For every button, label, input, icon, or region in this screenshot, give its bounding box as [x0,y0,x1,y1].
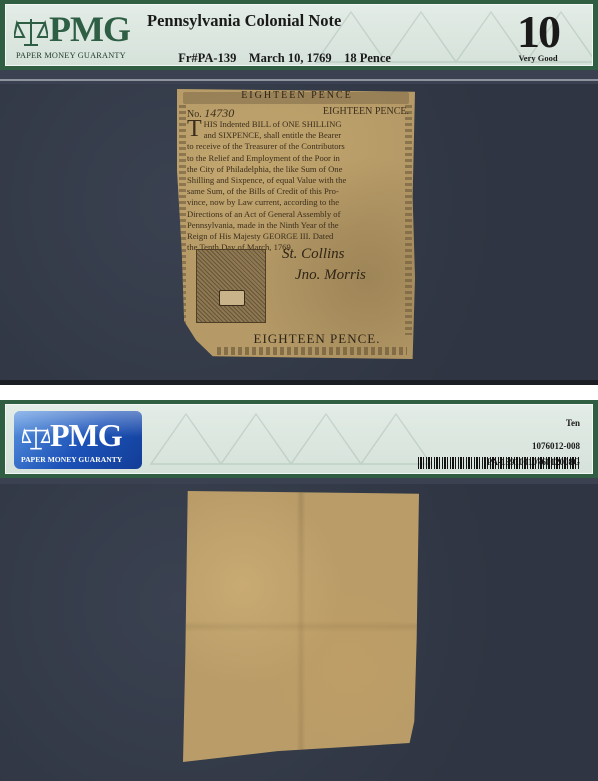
body-line: to receive of the Treasurer of the Contr… [187,141,409,152]
body-line: to the Relief and Employment of the Poor… [187,153,409,164]
back-label: PMG PAPER MONEY GUARANTY Ten 1076012-008… [5,404,593,474]
note-front-image: EIGHTEEN PENCE No. 14730 EIGHTEEN PENCE.… [177,89,415,359]
note-header: EIGHTEEN PENCE [187,90,407,101]
scales-icon [22,425,50,451]
back-label-frame: PMG PAPER MONEY GUARANTY Ten 1076012-008… [0,400,598,478]
front-label: PMG PAPER MONEY GUARANTY Pennsylvania Co… [5,4,593,66]
pmg-hologram-logo: PMG PAPER MONEY GUARANTY [14,411,142,469]
note-title: Pennsylvania Colonial Note [147,11,391,31]
grade-number: 10 [508,9,568,55]
grade-box: 10 Very Good [508,9,568,63]
note-footer: EIGHTEEN PENCE. [227,331,407,347]
signature-2: Jno. Morris [295,267,366,284]
body-line: HIS Indented BILL of ONE SHILLING [204,119,409,130]
pmg-tagline: PAPER MONEY GUARANTY [21,455,122,464]
body-line: Directions of an Act of General Assembly… [187,209,409,220]
scales-watermark-icon [146,409,446,467]
body-line: Shilling and Sixpence, of equal Value wi… [187,175,409,186]
coat-of-arms-seal-icon [196,249,266,323]
signature-1: St. Collins [282,246,345,263]
pmg-logo: PMG PAPER MONEY GUARANTY [14,11,136,61]
pmg-tagline: PAPER MONEY GUARANTY [16,51,126,60]
shield-icon [219,290,245,306]
body-line: vince, now by Law current, according to … [187,197,409,208]
note-serial: 14730 [204,106,234,120]
body-line: Pennsylvania, made in the Ninth Year of … [187,220,409,231]
note-date: March 10, 1769 [249,51,332,65]
pmg-brand: PMG [49,11,130,47]
grade-word: Ten [487,417,580,429]
catalog-number: Fr#PA-139 [178,51,236,65]
note-info: Pennsylvania Colonial Note Fr#PA-139 Mar… [147,11,391,66]
barcode-icon [418,457,580,469]
body-line: the City of Philadelphia, the like Sum o… [187,164,409,175]
cert-number: 1076012-008 [487,440,580,452]
note-body-text: T HIS Indented BILL of ONE SHILLING and … [187,119,409,253]
body-line: and SIXPENCE, shall entitle the Bearer [204,130,409,141]
front-label-frame: PMG PAPER MONEY GUARANTY Pennsylvania Co… [0,0,598,70]
note-back-image [183,491,419,762]
body-line: same Sum, of the Bills of Credit of this… [187,186,409,197]
scales-icon [14,17,48,47]
pmg-brand: PMG [50,419,122,451]
bottom-border [217,347,407,355]
note-details: Fr#PA-139 March 10, 1769 18 Pence [147,31,391,66]
body-line: Reign of His Majesty GEORGE III. Dated [187,231,409,242]
note-denomination: 18 Pence [344,51,391,65]
dropcap: T [187,119,202,139]
